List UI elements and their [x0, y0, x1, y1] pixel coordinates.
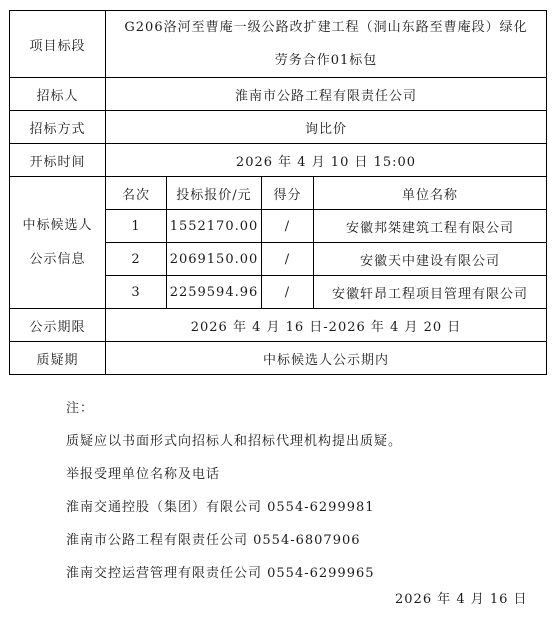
candidate-company: 安徽轩昂工程项目管理有限公司 — [314, 276, 547, 309]
candidate-score: / — [262, 210, 314, 243]
opening-time-label: 开标时间 — [10, 144, 106, 177]
candidate-price: 2259594.96 — [167, 276, 262, 309]
objection-period-label: 质疑期 — [10, 342, 106, 375]
project-value-line1: G206洛河至曹庵一级公路改扩建工程（洞山东路至曹庵段）绿化 — [110, 11, 542, 44]
notes-contact: 淮南市公路工程有限责任公司 0554-6807906 — [66, 524, 402, 557]
candidate-company: 安徽天中建设有限公司 — [314, 243, 547, 276]
method-label: 招标方式 — [10, 111, 106, 144]
header-rank: 名次 — [106, 177, 167, 210]
project-value: G206洛河至曹庵一级公路改扩建工程（洞山东路至曹庵段）绿化 劳务合作01标包 — [106, 11, 547, 78]
project-label: 项目标段 — [10, 11, 106, 78]
notes-section: 注： 质疑应以书面形式向招标人和招标代理机构提出质疑。 举报受理单位名称及电话 … — [66, 392, 402, 590]
row-opening-time: 开标时间 2026 年 4 月 10 日 15:00 — [10, 144, 547, 177]
candidates-label-line1: 中标候选人 — [10, 209, 105, 243]
notes-objection-instruction: 质疑应以书面形式向招标人和招标代理机构提出质疑。 — [66, 425, 402, 458]
notes-title: 注： — [66, 392, 402, 425]
row-tenderer: 招标人 淮南市公路工程有限责任公司 — [10, 78, 547, 111]
opening-time-value: 2026 年 4 月 10 日 15:00 — [106, 144, 547, 177]
candidate-rank: 2 — [106, 243, 167, 276]
candidates-label-line2: 公示信息 — [10, 243, 105, 277]
sign-date: 2026 年 4 月 16 日 — [395, 588, 528, 607]
row-project: 项目标段 G206洛河至曹庵一级公路改扩建工程（洞山东路至曹庵段）绿化 劳务合作… — [10, 11, 547, 78]
objection-period-value: 中标候选人公示期内 — [106, 342, 547, 375]
row-publicity-period: 公示期限 2026 年 4 月 16 日-2026 年 4 月 20 日 — [10, 309, 547, 342]
tenderer-label: 招标人 — [10, 78, 106, 111]
row-method: 招标方式 询比价 — [10, 111, 547, 144]
notes-report-heading: 举报受理单位名称及电话 — [66, 458, 402, 491]
project-value-line2: 劳务合作01标包 — [110, 44, 542, 77]
notes-contact: 淮南交控运营管理有限责任公司 0554-6299965 — [66, 557, 402, 590]
candidate-price: 2069150.00 — [167, 243, 262, 276]
candidate-rank: 1 — [106, 210, 167, 243]
row-objection-period: 质疑期 中标候选人公示期内 — [10, 342, 547, 375]
row-candidates-header: 中标候选人 公示信息 名次 投标报价/元 得分 单位名称 — [10, 177, 547, 210]
method-value: 询比价 — [106, 111, 547, 144]
candidate-company: 安徽邦桀建筑工程有限公司 — [314, 210, 547, 243]
publicity-period-value: 2026 年 4 月 16 日-2026 年 4 月 20 日 — [106, 309, 547, 342]
candidate-score: / — [262, 276, 314, 309]
header-price: 投标报价/元 — [167, 177, 262, 210]
bid-result-table: 项目标段 G206洛河至曹庵一级公路改扩建工程（洞山东路至曹庵段）绿化 劳务合作… — [9, 10, 547, 375]
notes-contact: 淮南交通控股（集团）有限公司 0554-6299981 — [66, 491, 402, 524]
candidate-rank: 3 — [106, 276, 167, 309]
tenderer-value: 淮南市公路工程有限责任公司 — [106, 78, 547, 111]
publicity-period-label: 公示期限 — [10, 309, 106, 342]
candidate-price: 1552170.00 — [167, 210, 262, 243]
header-score: 得分 — [262, 177, 314, 210]
header-company: 单位名称 — [314, 177, 547, 210]
candidate-score: / — [262, 243, 314, 276]
candidates-label: 中标候选人 公示信息 — [10, 177, 106, 309]
